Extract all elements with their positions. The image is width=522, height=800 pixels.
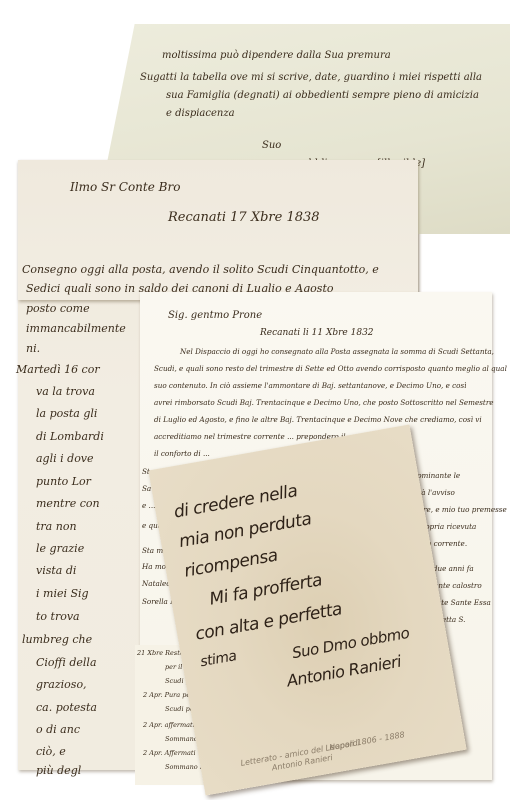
left-letter-line: Consegno oggi alla posta, avendo il soli… bbox=[22, 263, 379, 276]
top-letter-line: sua Famiglia (degnati) ai obbedienti sem… bbox=[166, 90, 479, 101]
left-letter-line: ciò, e bbox=[36, 745, 66, 758]
top-letter-line: Sugatti la tabella ove mi si scrive, dat… bbox=[140, 72, 482, 83]
note-line: stima bbox=[199, 648, 238, 670]
list-line: 2 Apr. affermati bbox=[143, 721, 195, 729]
left-letter-line: lumbreg che bbox=[22, 633, 92, 646]
middle-letter-salutation: Sig. gentmo Prone bbox=[168, 310, 262, 321]
middle-letter-line: di Luglio ed Agosto, e fino le altre Baj… bbox=[154, 415, 482, 424]
left-letter-line: vista di bbox=[36, 564, 76, 577]
middle-letter-line: suo contenuto. In ciò assieme l'ammontar… bbox=[154, 381, 466, 390]
left-letter-salutation: Ilmo Sr Conte Bro bbox=[70, 180, 180, 194]
left-letter-line: immancabilmente bbox=[26, 322, 126, 335]
left-letter-line: o di anc bbox=[36, 723, 80, 736]
middle-letter-line: Scudi, e quali sono resto del trimestre … bbox=[154, 364, 507, 373]
left-letter-line: posto come bbox=[26, 302, 90, 315]
note-line: ricompensa bbox=[183, 546, 279, 582]
left-letter-line: ca. potesta bbox=[36, 701, 97, 714]
left-letter-line: punto Lor bbox=[36, 475, 91, 488]
left-letter-line: Cioffi della bbox=[36, 656, 97, 669]
top-letter-line: e dispiacenza bbox=[166, 108, 235, 119]
small-note-sheet: di credere nella mia non perduta ricompe… bbox=[148, 424, 466, 795]
left-letter-line: mentre con bbox=[36, 497, 100, 510]
middle-letter-line: il conforto di ... bbox=[154, 449, 210, 458]
middle-letter-line: Nel Dispaccio di oggi ho consegnato alla… bbox=[180, 347, 494, 356]
left-letter-date: Recanati 17 Xbre 1838 bbox=[168, 210, 320, 225]
left-letter-line: più degl bbox=[36, 764, 81, 777]
top-letter-closing: Suo bbox=[262, 140, 281, 151]
top-letter-line: moltissima può dipendere dalla Sua premu… bbox=[162, 50, 391, 61]
left-letter-line: tra non bbox=[36, 520, 77, 533]
middle-letter-line: avrei rimborsato Scudi Baj. Trentacinque… bbox=[154, 398, 494, 407]
left-letter-line: la posta gli bbox=[36, 407, 97, 420]
left-letter-line: ni. bbox=[26, 342, 40, 355]
note-line: Mi fa profferta bbox=[208, 570, 324, 609]
left-letter-line: to trova bbox=[36, 610, 80, 623]
left-letter-line: le grazie bbox=[36, 542, 84, 555]
left-letter-line: grazioso, bbox=[36, 678, 87, 691]
left-letter-line: va la trova bbox=[36, 385, 95, 398]
left-letter-line: i miei Sig bbox=[36, 587, 89, 600]
middle-letter-date: Recanati li 11 Xbre 1832 bbox=[260, 328, 374, 338]
pencil-annotation: Napoli 1806 - 1888 bbox=[328, 730, 405, 752]
left-letter-top-band: Ilmo Sr Conte Bro Recanati 17 Xbre 1838 … bbox=[18, 160, 418, 300]
left-letter-line: di Lombardi bbox=[36, 430, 104, 443]
left-letter-line: agli i dove bbox=[36, 452, 94, 465]
list-line: 2 Apr. Affermati bbox=[143, 749, 196, 757]
left-letter-line: Martedì 16 cor bbox=[16, 363, 100, 376]
